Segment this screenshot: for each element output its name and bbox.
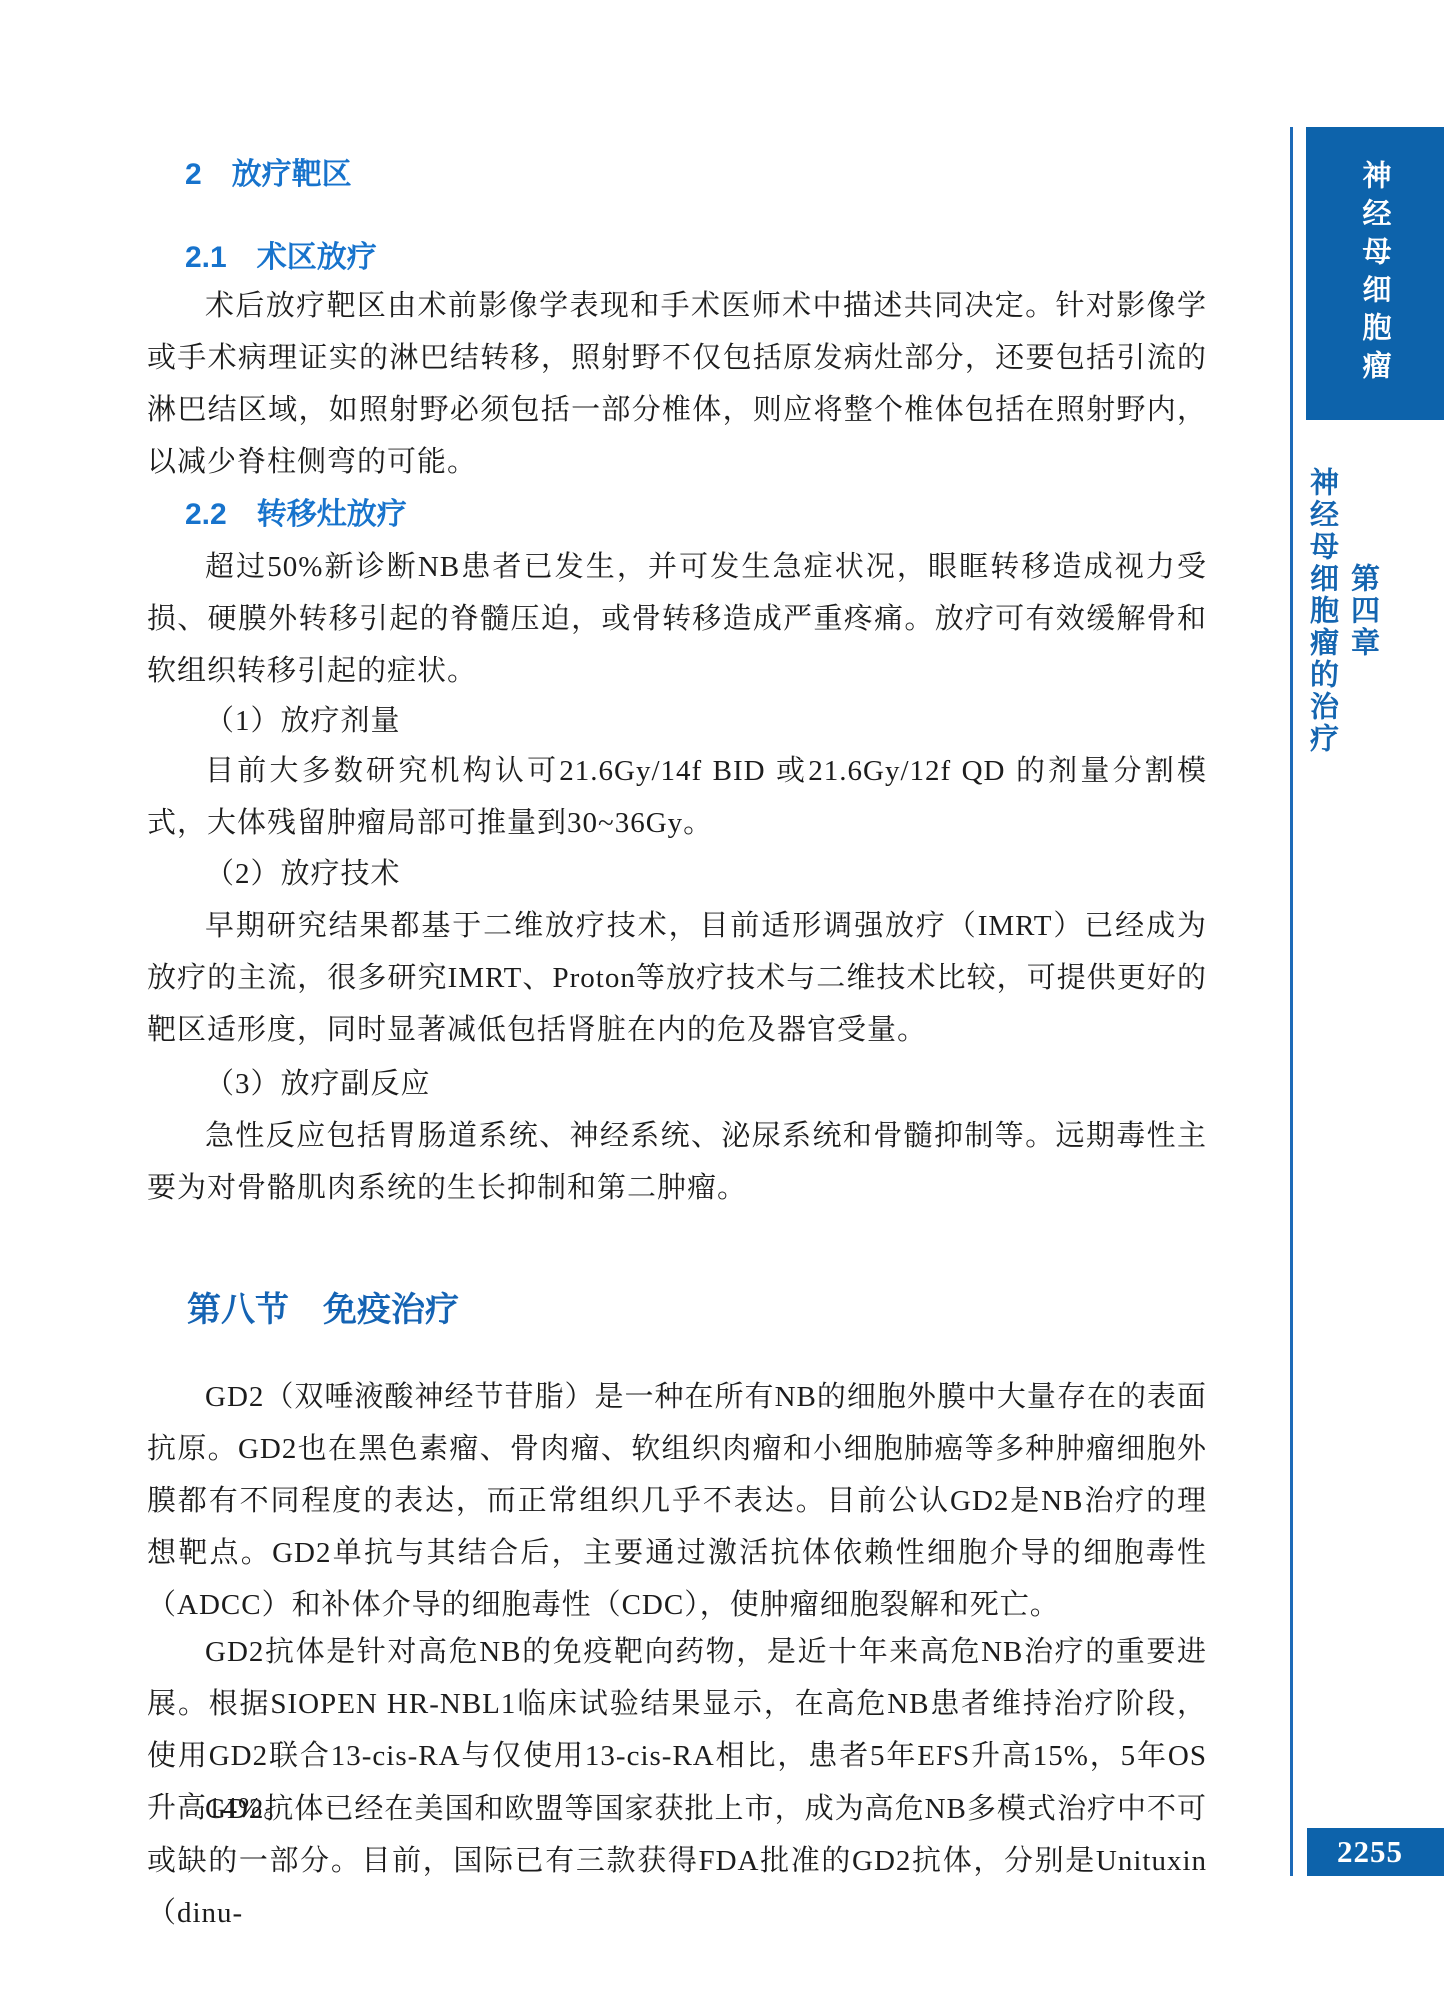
page-number-box: 2255 (1307, 1828, 1444, 1876)
subitem-heading-technique: （2）放疗技术 (147, 848, 1207, 900)
chapter-vertical-label: 第四章 神经母细胞瘤的治疗 (1346, 467, 1384, 755)
paragraph-metastatic: 超过50%新诊断NB患者已发生，并可发生急症状况，眼眶转移造成视力受损、硬膜外转… (147, 541, 1207, 697)
document-page: 2 放疗靶区 2.1 术区放疗 术后放疗靶区由术前影像学表现和手术医师术中描述共… (0, 0, 1444, 2010)
chapter-title: 神经母细胞瘤的治疗 (1302, 467, 1343, 755)
sidebar-tab-title: 神经母细胞瘤 (1355, 160, 1396, 388)
paragraph-side-effects: 急性反应包括胃肠道系统、神经系统、泌尿系统和骨髓抑制等。远期毒性主要为对骨骼肌肉… (147, 1110, 1207, 1214)
chapter-number: 第四章 (1343, 563, 1384, 659)
sidebar-tab: 神经母细胞瘤 (1306, 127, 1444, 420)
section-heading-immunotherapy: 第八节 免疫治疗 (187, 1288, 1207, 1332)
heading-metastatic-radiotherapy: 2.2 转移灶放疗 (185, 497, 1207, 533)
paragraph-gd2-intro: GD2（双唾液酸神经节苷脂）是一种在所有NB的细胞外膜中大量存在的表面抗原。GD… (147, 1371, 1207, 1631)
subitem-heading-dose: （1）放疗剂量 (147, 695, 1207, 747)
subitem-heading-side-effects: （3）放疗副反应 (147, 1058, 1207, 1110)
paragraph-surgical-field: 术后放疗靶区由术前影像学表现和手术医师术中描述共同决定。针对影像学或手术病理证实… (147, 280, 1207, 488)
paragraph-gd2-approval: GD2抗体已经在美国和欧盟等国家获批上市，成为高危NB多模式治疗中不可或缺的一部… (147, 1783, 1207, 1939)
paragraph-dose: 目前大多数研究机构认可21.6Gy/14f BID 或21.6Gy/12f QD… (147, 745, 1207, 849)
heading-radiotherapy-target: 2 放疗靶区 (185, 157, 1207, 193)
sidebar-vertical-rule (1290, 127, 1293, 1876)
heading-surgical-field-radiotherapy: 2.1 术区放疗 (185, 240, 1207, 276)
paragraph-technique: 早期研究结果都基于二维放疗技术，目前适形调强放疗（IMRT）已经成为放疗的主流，… (147, 900, 1207, 1056)
